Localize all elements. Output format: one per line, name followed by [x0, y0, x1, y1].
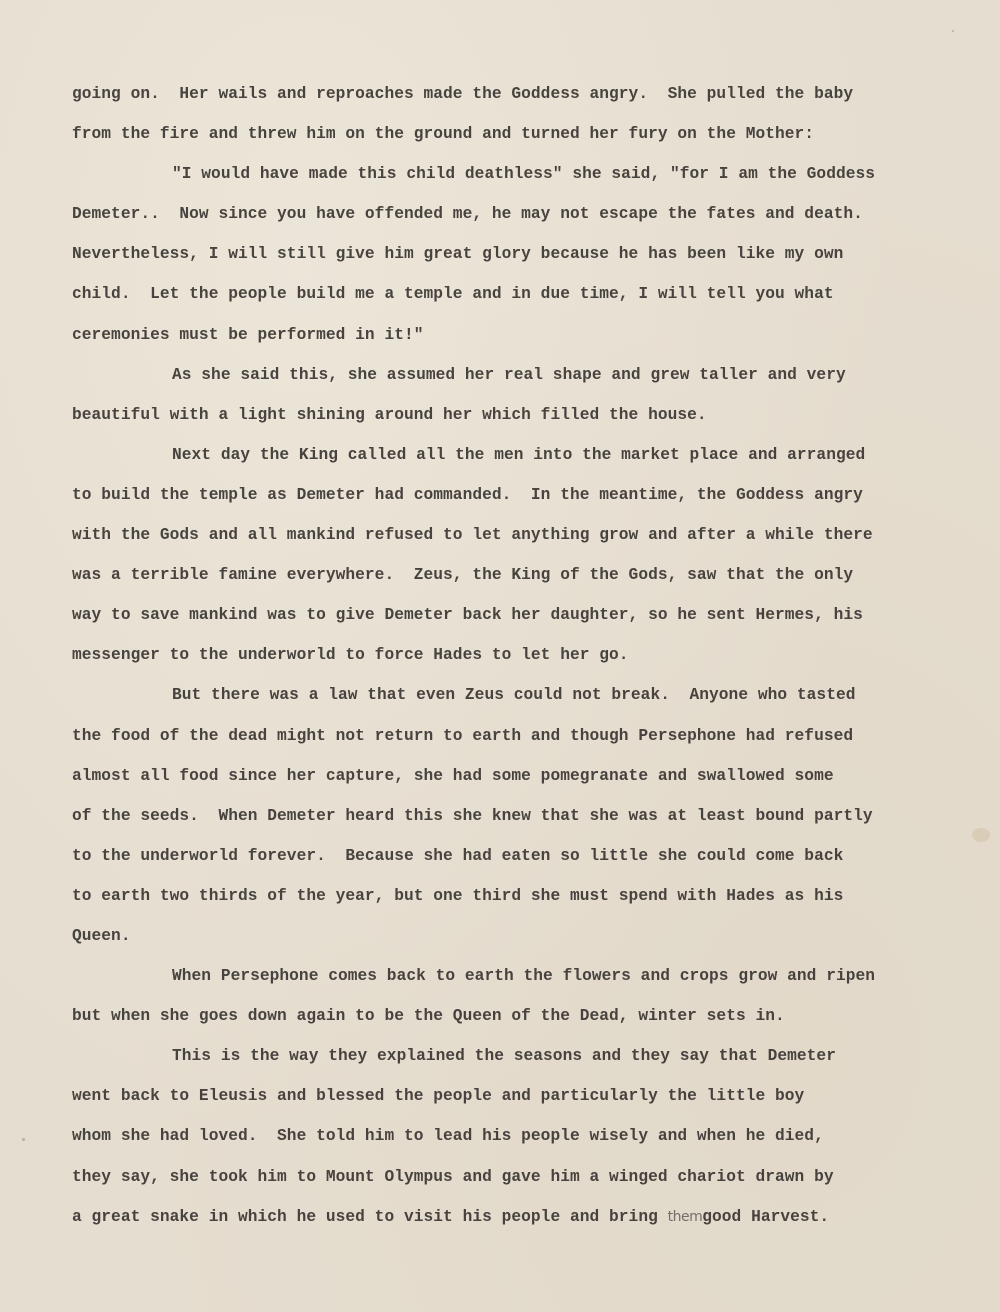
- text-line: messenger to the underworld to force Had…: [72, 635, 932, 675]
- text-line: Demeter.. Now since you have offended me…: [72, 194, 932, 234]
- text-line-indented: "I would have made this child deathless"…: [72, 154, 932, 194]
- text-line: almost all food since her capture, she h…: [72, 756, 932, 796]
- text-line: ceremonies must be performed in it!": [72, 315, 932, 355]
- text-line: Queen.: [72, 916, 932, 956]
- typewritten-page: going on. Her wails and reproaches made …: [0, 0, 1000, 1312]
- text-line: going on. Her wails and reproaches made …: [72, 74, 932, 114]
- text-line: to the underworld forever. Because she h…: [72, 836, 932, 876]
- text-line: went back to Eleusis and blessed the peo…: [72, 1076, 932, 1116]
- text-line-indented: But there was a law that even Zeus could…: [72, 675, 932, 715]
- document-body: going on. Her wails and reproaches made …: [72, 74, 932, 1237]
- text-line: the food of the dead might not return to…: [72, 716, 932, 756]
- final-line-end: good Harvest.: [702, 1208, 829, 1226]
- paper-speck: [952, 30, 954, 32]
- text-line: was a terrible famine everywhere. Zeus, …: [72, 555, 932, 595]
- text-line-indented: This is the way they explained the seaso…: [72, 1036, 932, 1076]
- paper-stain: [972, 828, 990, 842]
- paper-speck: [22, 1138, 25, 1141]
- handwritten-insertion: them: [668, 1209, 703, 1225]
- text-line: Nevertheless, I will still give him grea…: [72, 234, 932, 274]
- text-line: they say, she took him to Mount Olympus …: [72, 1157, 932, 1197]
- text-line-indented: When Persephone comes back to earth the …: [72, 956, 932, 996]
- text-line: to build the temple as Demeter had comma…: [72, 475, 932, 515]
- text-line: beautiful with a light shining around he…: [72, 395, 932, 435]
- text-line: to earth two thirds of the year, but one…: [72, 876, 932, 916]
- text-line: with the Gods and all mankind refused to…: [72, 515, 932, 555]
- text-line-indented: Next day the King called all the men int…: [72, 435, 932, 475]
- text-line-indented: As she said this, she assumed her real s…: [72, 355, 932, 395]
- text-line: from the fire and threw him on the groun…: [72, 114, 932, 154]
- text-line: but when she goes down again to be the Q…: [72, 996, 932, 1036]
- text-line: way to save mankind was to give Demeter …: [72, 595, 932, 635]
- text-line: of the seeds. When Demeter heard this sh…: [72, 796, 932, 836]
- text-line: whom she had loved. She told him to lead…: [72, 1116, 932, 1156]
- text-line-final: a great snake in which he used to visit …: [72, 1197, 932, 1237]
- final-line-text: a great snake in which he used to visit …: [72, 1208, 658, 1226]
- text-line: child. Let the people build me a temple …: [72, 274, 932, 314]
